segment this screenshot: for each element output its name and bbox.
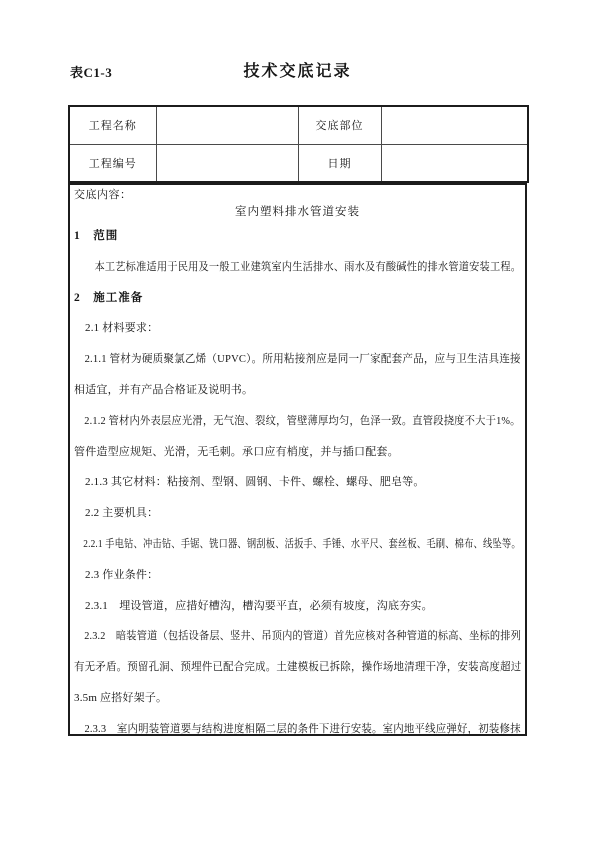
content-paragraph-line: 管件造型应规矩、光滑，无毛刺。承口应有梢度，并与插口配套。 bbox=[74, 437, 521, 468]
content-paragraph-line: 2.3.3 室内明装管道要与结构进度相隔二层的条件下进行安装。室内地平线应弹好，… bbox=[74, 714, 498, 736]
disclosure-part-value bbox=[381, 106, 528, 144]
content-paragraph-line: 2.2 主要机具： bbox=[74, 498, 521, 529]
project-number-label: 工程编号 bbox=[69, 144, 156, 182]
content-subject: 室内塑料排水管道安装 bbox=[74, 203, 521, 221]
content-paragraphs: 1 范围本工艺标准适用于民用及一般工业建筑室内生活排水、雨水及有酸碱性的排水管道… bbox=[74, 221, 521, 736]
project-name-label: 工程名称 bbox=[69, 106, 156, 144]
info-table-row: 工程名称 交底部位 bbox=[69, 106, 528, 144]
document-page: 表C1-3 技术交底记录 工程名称 交底部位 工程编号 日期 交底内容： 室内塑… bbox=[0, 0, 595, 842]
info-table-row: 工程编号 日期 bbox=[69, 144, 528, 182]
content-paragraph-line: 3.5m 应搭好架子。 bbox=[74, 683, 521, 714]
date-label: 日期 bbox=[298, 144, 381, 182]
content-box: 交底内容： 室内塑料排水管道安装 1 范围本工艺标准适用于民用及一般工业建筑室内… bbox=[68, 183, 527, 736]
disclosure-part-label: 交底部位 bbox=[298, 106, 381, 144]
content-paragraph-line: 2.2.1 手电钻、冲击钻、手锯、铣口器、钢刮板、活扳手、手锤、水平尺、套丝板、… bbox=[74, 529, 451, 560]
content-paragraph-line: 2.1 材料要求： bbox=[74, 313, 521, 344]
content-paragraph-line: 2.3.1 埋设管道，应措好槽沟，槽沟要平直，必须有坡度，沟底夯实。 bbox=[74, 591, 521, 622]
content-paragraph-line: 相适宜，并有产品合格证及说明书。 bbox=[74, 375, 521, 406]
content-paragraph-line: 2.3.2 暗装管道（包括设备层、竖井、吊顶内的管道）首先应核对各种管道的标高、… bbox=[74, 621, 489, 652]
content-paragraph-line: 本工艺标准适用于民用及一般工业建筑室内生活排水、雨水及有酸碱性的排水管道安装工程… bbox=[74, 252, 489, 283]
doc-title: 技术交底记录 bbox=[68, 58, 527, 81]
content-paragraph-line: 1 范围 bbox=[74, 221, 521, 252]
info-table: 工程名称 交底部位 工程编号 日期 bbox=[68, 105, 529, 183]
content-paragraph-line: 2.1.1 管材为硬质聚氯乙烯（UPVC）。所用粘接剂应是同一厂家配套产品，应与… bbox=[74, 344, 504, 375]
content-paragraph-line: 2 施工准备 bbox=[74, 283, 521, 314]
project-number-value bbox=[156, 144, 298, 182]
project-name-value bbox=[156, 106, 298, 144]
doc-header: 表C1-3 技术交底记录 bbox=[68, 58, 527, 82]
content-paragraph-line: 2.3 作业条件： bbox=[74, 560, 521, 591]
content-paragraph-line: 有无矛盾。预留孔洞、预埋件已配合完成。土建模板已拆除，操作场地清理干净，安装高度… bbox=[74, 652, 499, 683]
content-label: 交底内容： bbox=[74, 187, 521, 203]
date-value bbox=[381, 144, 528, 182]
content-paragraph-line: 2.1.3 其它材料：粘接剂、型钢、圆钢、卡件、螺栓、螺母、肥皂等。 bbox=[74, 467, 521, 498]
content-paragraph-line: 2.1.2 管材内外表层应光滑，无气泡、裂纹，管壁薄厚均匀，色泽一致。直管段挠度… bbox=[74, 406, 492, 437]
